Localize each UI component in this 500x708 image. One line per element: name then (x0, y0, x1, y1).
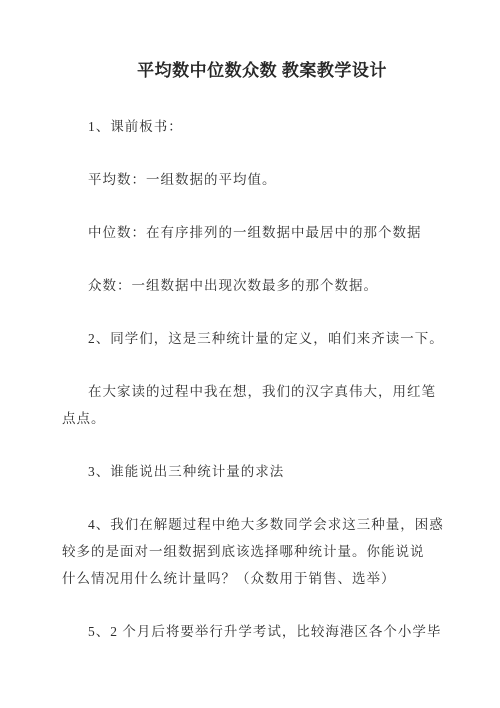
text-line: 众数：一组数据中出现次数最多的那个数据。 (62, 272, 444, 299)
document-title: 平均数中位数众数 教案教学设计 (62, 56, 444, 86)
text-line: 4、我们在解题过程中绝大多数同学会求这三种量，困惑 (62, 511, 444, 538)
paragraph: 3、谁能说出三种统计量的求法 (62, 458, 444, 485)
text-line: 5、2 个月后将要举行升学考试，比较海港区各个小学毕 (62, 618, 444, 645)
paragraph: 中位数：在有序排列的一组数据中最居中的那个数据 (62, 219, 444, 246)
document-page: 平均数中位数众数 教案教学设计 1、课前板书： 平均数：一组数据的平均值。 中位… (0, 0, 500, 708)
text-line: 点点。 (62, 405, 444, 432)
paragraph: 众数：一组数据中出现次数最多的那个数据。 (62, 272, 444, 299)
paragraph: 平均数：一组数据的平均值。 (62, 166, 444, 193)
text-line: 2、同学们，这是三种统计量的定义，咱们来齐读一下。 (62, 325, 444, 352)
text-line: 什么情况用什么统计量吗？（众数用于销售、选举） (62, 565, 444, 592)
paragraph: 5、2 个月后将要举行升学考试，比较海港区各个小学毕 (62, 618, 444, 645)
text-line: 在大家读的过程中我在想，我们的汉字真伟大，用红笔 (62, 378, 444, 405)
text-line: 平均数：一组数据的平均值。 (62, 166, 444, 193)
text-line: 较多的是面对一组数据到底该选择哪种统计量。你能说说 (62, 538, 444, 565)
text-line: 中位数：在有序排列的一组数据中最居中的那个数据 (62, 219, 444, 246)
paragraph: 4、我们在解题过程中绝大多数同学会求这三种量，困惑 较多的是面对一组数据到底该选… (62, 511, 444, 592)
paragraph: 1、课前板书： (62, 113, 444, 140)
paragraph: 2、同学们，这是三种统计量的定义，咱们来齐读一下。 (62, 325, 444, 352)
paragraph: 在大家读的过程中我在想，我们的汉字真伟大，用红笔 点点。 (62, 378, 444, 432)
text-line: 3、谁能说出三种统计量的求法 (62, 458, 444, 485)
text-line: 1、课前板书： (62, 113, 444, 140)
